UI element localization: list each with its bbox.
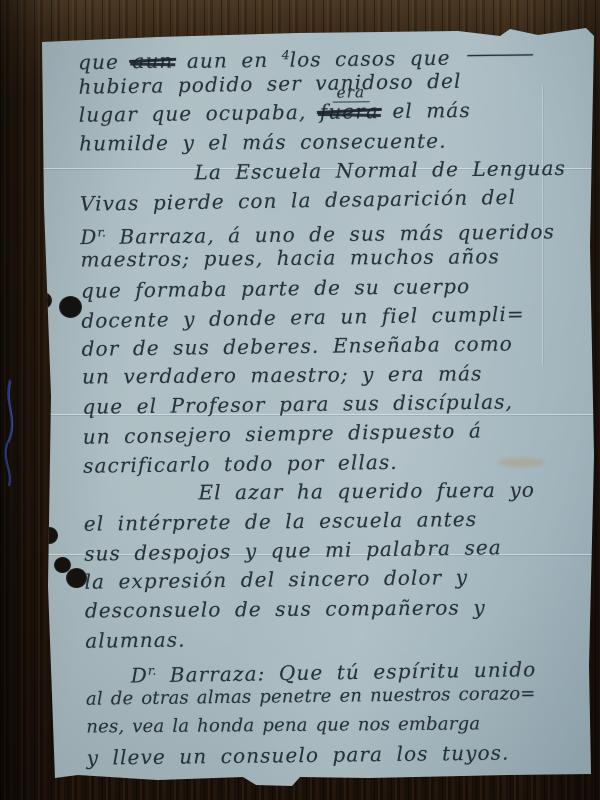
letter-line: humilde y el más consecuente. <box>79 125 600 159</box>
text-segment: un consejero siempre dispuesto á <box>83 419 482 449</box>
letter-paper: que aun aun en 4los casos que —hubiera p… <box>38 26 596 786</box>
text-segment: alumnas. <box>85 627 186 652</box>
text-segment: sacrificarlo todo por ellas. <box>83 450 398 478</box>
letter-line: maestros; pues, hacia muchos años <box>81 241 600 275</box>
text-segment: que <box>78 50 133 75</box>
inserted-word-above: era <box>333 86 370 103</box>
text-segment: al de otras almas penetre en nuestros co… <box>86 683 536 709</box>
letter-text: que aun aun en 4los casos que —hubiera p… <box>38 19 600 773</box>
text-segment: nes, vea la honda pena que nos embarga <box>86 714 480 738</box>
correction-group: fueraera <box>320 99 379 124</box>
text-segment: el más <box>379 98 471 123</box>
text-segment: El azar ha querido fuera yo <box>198 478 535 505</box>
letter-line: desconsuelo de sus compañeros y <box>85 592 600 626</box>
text-segment: que formaba parte de su cuerpo <box>81 273 470 302</box>
text-segment: humilde y el más consecuente. <box>79 128 447 155</box>
text-segment: que el Profesor para sus discípulas, <box>82 390 513 419</box>
struck-out-word: fuera <box>320 99 379 124</box>
letter-line: nes, vea la honda pena que nos embarga <box>86 708 600 742</box>
text-segment: maestros; pues, hacia muchos años <box>81 245 500 272</box>
text-segment: sus despojos y que mi palabra sea <box>84 535 502 566</box>
text-segment: Vivas pierde con la desaparición del <box>80 185 516 216</box>
stain-smudge <box>498 458 544 467</box>
letter-line: El azar ha querido fuera yo <box>198 475 600 508</box>
letter-line: un verdadero maestro; y era más <box>82 358 600 392</box>
text-segment: la expresión del sincero dolor y <box>84 565 468 594</box>
text-segment: D <box>131 663 149 687</box>
wood-table-background: que aun aun en 4los casos que —hubiera p… <box>0 0 600 800</box>
superscript-mark: r. <box>97 225 106 240</box>
text-segment: lugar que ocupaba, <box>79 100 320 127</box>
text-segment: desconsuelo de sus compañeros y <box>85 595 486 622</box>
text-segment: docente y donde era un fiel cumpli= <box>81 301 525 332</box>
ink-blot <box>66 568 87 588</box>
text-segment: y lleve un consuelo para los tuyos. <box>87 740 510 769</box>
struck-out-word: aun <box>132 49 173 73</box>
text-segment: La Escuela Normal de Lenguas <box>194 156 566 185</box>
ink-blot <box>34 292 52 309</box>
text-segment: un verdadero maestro; y era más <box>82 361 483 388</box>
text-segment: el intérprete de la escuela antes <box>84 507 478 536</box>
ink-blot <box>59 296 82 318</box>
text-segment: hubiera podido ser vanidoso del <box>78 69 461 99</box>
letter-line: y lleve un consuelo para los tuyos. <box>87 736 600 772</box>
text-segment: dor de sus deberes. Enseñaba como <box>82 331 513 360</box>
ink-blot <box>41 527 58 544</box>
superscript-mark: r. <box>148 663 157 678</box>
blue-thread-fiber <box>0 378 34 488</box>
